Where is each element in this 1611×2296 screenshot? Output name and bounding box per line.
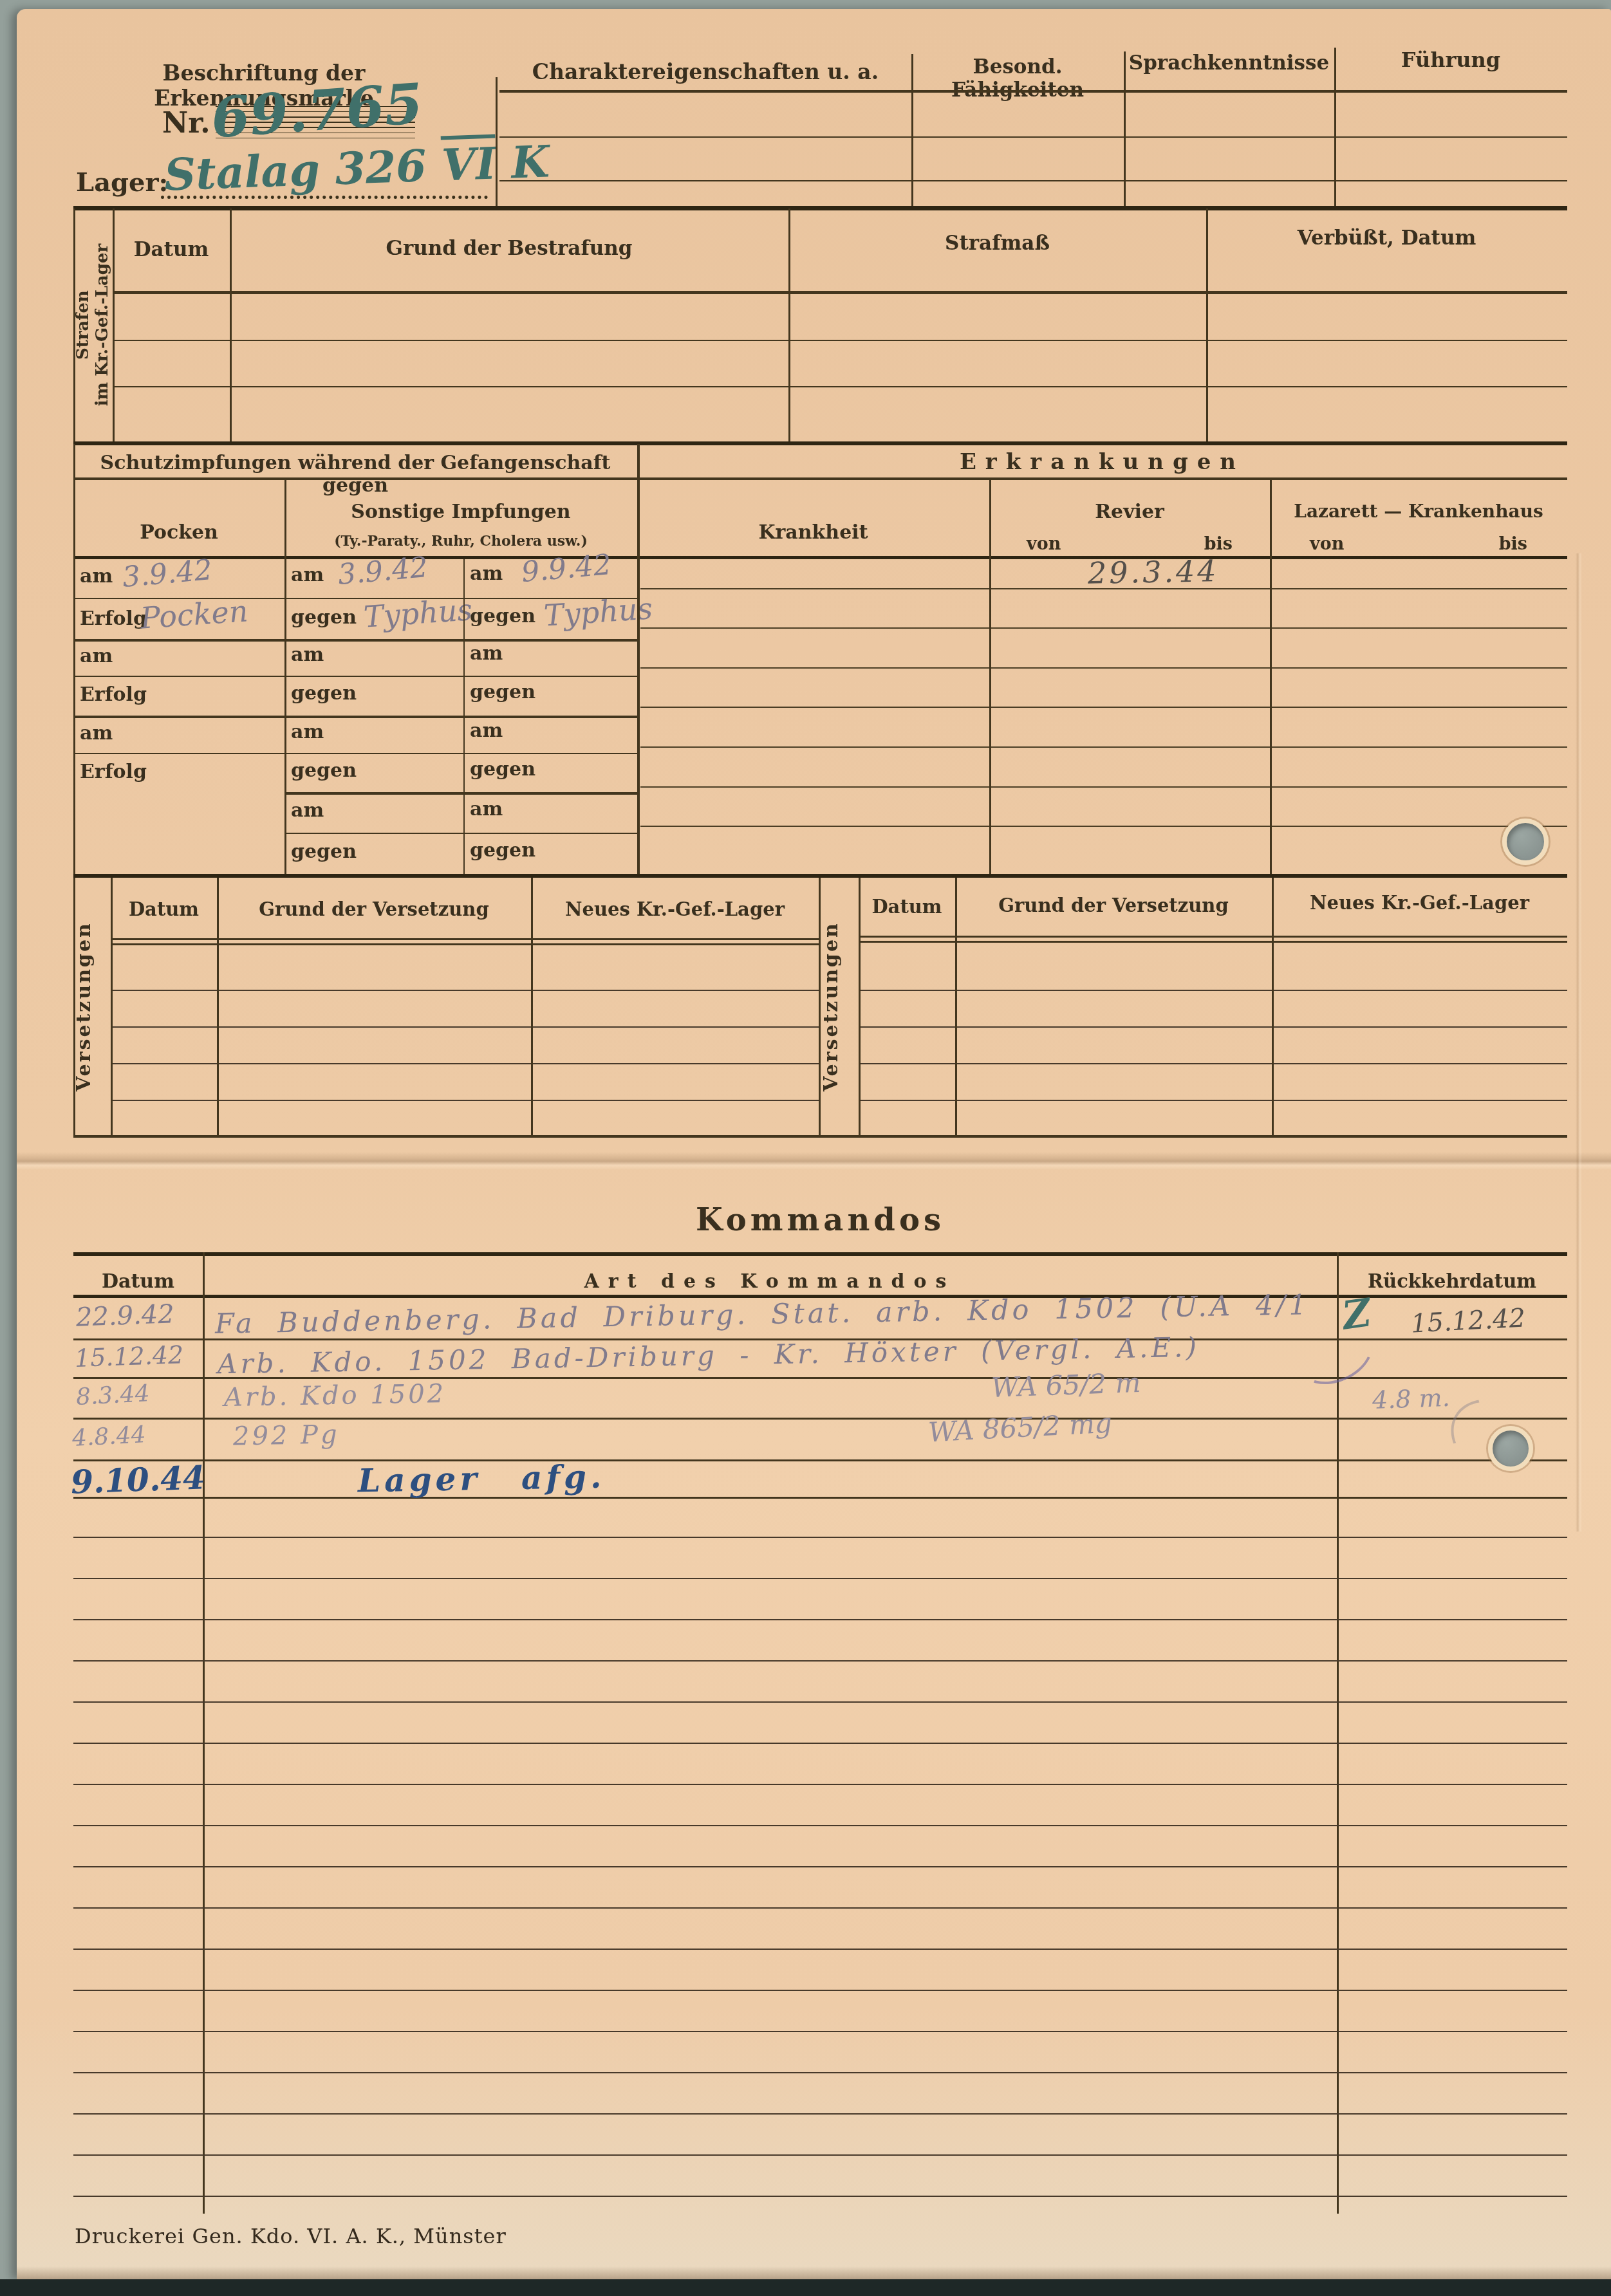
- strafen-header-rule: [113, 291, 1567, 294]
- impf-r2-s2-gegen: gegen: [470, 605, 535, 627]
- col-charaktereigenschaften: Charaktereigenschaften u. a.: [499, 59, 911, 84]
- col-sprachkenntnisse: Sprachkenntnisse: [1124, 51, 1334, 75]
- hw-kdo-r2-datum: 15.12.42: [74, 1340, 184, 1373]
- assessment-vline-0: [496, 77, 498, 208]
- strafen-rule-2: [113, 386, 1567, 387]
- col-besond-faehigkeiten: Besond. Fähigkeiten: [911, 55, 1124, 102]
- printer-imprint: Druckerei Gen. Kdo. VI. A. K., Münster: [75, 2224, 507, 2248]
- sonstige-label: Sonstige Impfungen: [284, 501, 637, 523]
- kdo-empty-ruled-lines: [73, 1497, 1567, 2198]
- strafen-side-label: Strafen im Kr.-Gef.-Lager: [73, 209, 113, 441]
- ver-right-header-rule-a: [859, 936, 1567, 938]
- ver-right-col-grund: Grund der Versetzung: [955, 894, 1272, 916]
- impf-rule-1: [73, 598, 637, 599]
- sonstige-sublabel: (Ty.-Paraty., Ruhr, Cholera usw.): [284, 533, 637, 550]
- ver-left-vline-label: [111, 878, 113, 1138]
- hw-kdo-r1-rueckkehr: 15.12.42: [1410, 1303, 1526, 1338]
- ver-right-vline-label: [859, 878, 861, 1138]
- hw-revier-date: 29.3.44: [1088, 553, 1219, 591]
- hw-kdo-r5-datum: 9.10.44: [70, 1458, 206, 1501]
- kdo-col-art: Art des Kommandos: [203, 1270, 1337, 1293]
- impf-r1-pocken-am: am: [80, 565, 113, 588]
- ver-left-col-grund: Grund der Versetzung: [217, 898, 531, 920]
- assessment-vline-2: [1124, 51, 1126, 208]
- fold-crease: [17, 1152, 1611, 1170]
- ver-right-ruled-lines: [859, 954, 1567, 1134]
- ver-right-vline-1: [955, 878, 957, 1138]
- impf-r8-s1-gegen: gegen: [291, 840, 357, 863]
- versetzungen-side-label-right: Versetzungen: [820, 875, 857, 1138]
- kdo-col-datum: Datum: [73, 1270, 203, 1293]
- ver-left-col-datum: Datum: [111, 898, 217, 920]
- erk-vline-revier: [989, 480, 991, 875]
- ver-right-col-neues: Neues Kr.-Gef.-Lager: [1272, 892, 1567, 914]
- ver-right-col-datum: Datum: [859, 896, 955, 918]
- versetzungen-side-label-left: Versetzungen: [73, 875, 110, 1138]
- strafen-vline-label: [113, 208, 115, 443]
- impf-r8-s2-gegen: gegen: [470, 839, 535, 862]
- scanned-pow-record-card: Beschriftung der Erkennungsmarke Nr. 69.…: [0, 0, 1611, 2296]
- kommandos-title: Kommandos: [73, 1202, 1567, 1238]
- hw-kdo-r4-datum: 4.8.44: [71, 1421, 147, 1452]
- assessment-vline-1: [911, 54, 913, 208]
- impf-erk-title-rule: [73, 477, 1567, 480]
- impf-r4-pocken-erfolg: Erfolg: [80, 683, 147, 706]
- impf-r3-s2-am: am: [470, 642, 503, 665]
- assessment-header-rule: [499, 90, 1567, 93]
- kdo-row-rule-4: [73, 1459, 1567, 1461]
- hw-kdo-r1-datum: 22.9.42: [75, 1299, 174, 1332]
- ver-half-divider: [819, 878, 821, 1138]
- impf-vline-outer: [73, 444, 75, 875]
- revier-label: Revier: [989, 501, 1270, 523]
- ver-left-vline-1: [217, 878, 219, 1138]
- impf-r5-s2-am: am: [470, 719, 503, 742]
- impf-r6-s2-gegen: gegen: [470, 758, 535, 781]
- erk-vline-lazarett: [1270, 480, 1272, 875]
- assessment-rule-1: [499, 136, 1567, 138]
- impf-erk-divider: [637, 444, 640, 875]
- hw-kdo-r3-datum: 8.3.44: [75, 1380, 151, 1411]
- strafen-vline-outer: [73, 208, 75, 443]
- hw-kdo-r3-art: Arb. Kdo 1502: [224, 1379, 447, 1412]
- impf-r1-s1-am: am: [291, 564, 324, 586]
- impf-r2-s1-gegen: gegen: [291, 606, 357, 629]
- pocken-label: Pocken: [73, 521, 284, 544]
- impf-r7-s1-am: am: [291, 799, 324, 822]
- impf-rule-2-thick: [73, 639, 637, 642]
- erkrankungen-title: Erkrankungen: [637, 449, 1567, 475]
- section-border-strafen: [73, 441, 1567, 445]
- strafen-vline-1: [230, 208, 232, 443]
- impf-r1-s2-am: am: [470, 562, 503, 585]
- punch-hole-bottom: [1488, 1426, 1533, 1471]
- erkrankungen-ruled-lines: [640, 550, 1567, 828]
- impf-rule-6-thick: [284, 792, 637, 795]
- impf-vline-sonstige: [463, 559, 465, 875]
- impf-r7-s2-am: am: [470, 798, 503, 820]
- assessment-rule-2: [499, 180, 1567, 181]
- strafen-col-strafmass: Strafmaß: [788, 232, 1206, 255]
- idbox-nr-label: Nr.: [162, 107, 210, 140]
- impf-rule-4-thick: [73, 716, 637, 718]
- impf-rule-3: [73, 676, 637, 677]
- krankheit-label: Krankheit: [637, 521, 989, 544]
- ver-left-vline-2: [531, 878, 533, 1138]
- hw-kdo-r5-art: Lager afg.: [358, 1458, 606, 1500]
- impf-r5-pocken-am: am: [80, 722, 113, 745]
- kdo-col-rueckkehr: Rückkehrdatum: [1337, 1270, 1567, 1292]
- strafen-side-label-line1: Strafen: [73, 290, 93, 360]
- impf-r3-pocken-am: am: [80, 645, 113, 667]
- kdo-row-rule-3: [73, 1418, 1567, 1420]
- section-border-top-table: [73, 206, 1567, 210]
- ver-bottom-rule: [73, 1135, 1567, 1138]
- punch-hole-top: [1502, 819, 1549, 865]
- strafen-side-label-line2: im Kr.-Gef.-Lager: [93, 244, 112, 407]
- hw-kdo-r3-art-note: WA 65/2 m: [991, 1367, 1141, 1403]
- ver-vline-outer: [73, 878, 75, 1138]
- impf-r6-s1-gegen: gegen: [291, 759, 357, 782]
- impf-r2-pocken-erfolg: Erfolg: [80, 607, 147, 630]
- impf-r6-pocken-erfolg: Erfolg: [80, 761, 147, 783]
- strafen-col-verbuesst: Verbüßt, Datum: [1206, 227, 1567, 250]
- scan-bottom-band: [0, 2279, 1611, 2296]
- impfungen-title: Schutzimpfungen während der Gefangenscha…: [76, 452, 635, 497]
- impf-vline-pocken: [284, 480, 286, 875]
- strafen-col-grund: Grund der Bestrafung: [230, 237, 788, 260]
- ver-right-header-rule-b: [859, 941, 1567, 943]
- impf-r4-s2-gegen: gegen: [470, 681, 535, 703]
- assessment-vline-3: [1334, 48, 1336, 208]
- kdo-top-border: [73, 1252, 1567, 1256]
- ver-left-col-neues: Neues Kr.-Gef.-Lager: [531, 898, 819, 920]
- impf-r4-s1-gegen: gegen: [291, 682, 357, 705]
- impf-rule-5: [73, 753, 637, 754]
- edge-crease: [1576, 553, 1582, 1532]
- hw-kdo-r4-art: 292 Pg: [233, 1420, 340, 1452]
- lager-value-main: Stalag 326: [163, 140, 427, 201]
- strafen-rule-1: [113, 340, 1567, 341]
- impf-r3-s1-am: am: [291, 643, 324, 666]
- hw-kdo-r3-rueckkehr: 4.8 m.: [1372, 1384, 1450, 1414]
- lager-value-roman: VI: [441, 138, 497, 191]
- ver-right-vline-2: [1272, 878, 1274, 1138]
- strafen-col-datum: Datum: [113, 238, 230, 261]
- lazarett-label: Lazarett — Krankenhaus: [1270, 501, 1567, 522]
- strafen-vline-2: [788, 208, 790, 443]
- card-bottom-shadow: [17, 2266, 1611, 2279]
- strafen-vline-3: [1206, 208, 1208, 443]
- col-fuehrung: Führung: [1334, 48, 1567, 72]
- impf-r5-s1-am: am: [291, 721, 324, 743]
- idbox-lager-label: Lager:: [76, 167, 168, 198]
- impf-rule-7: [284, 833, 637, 834]
